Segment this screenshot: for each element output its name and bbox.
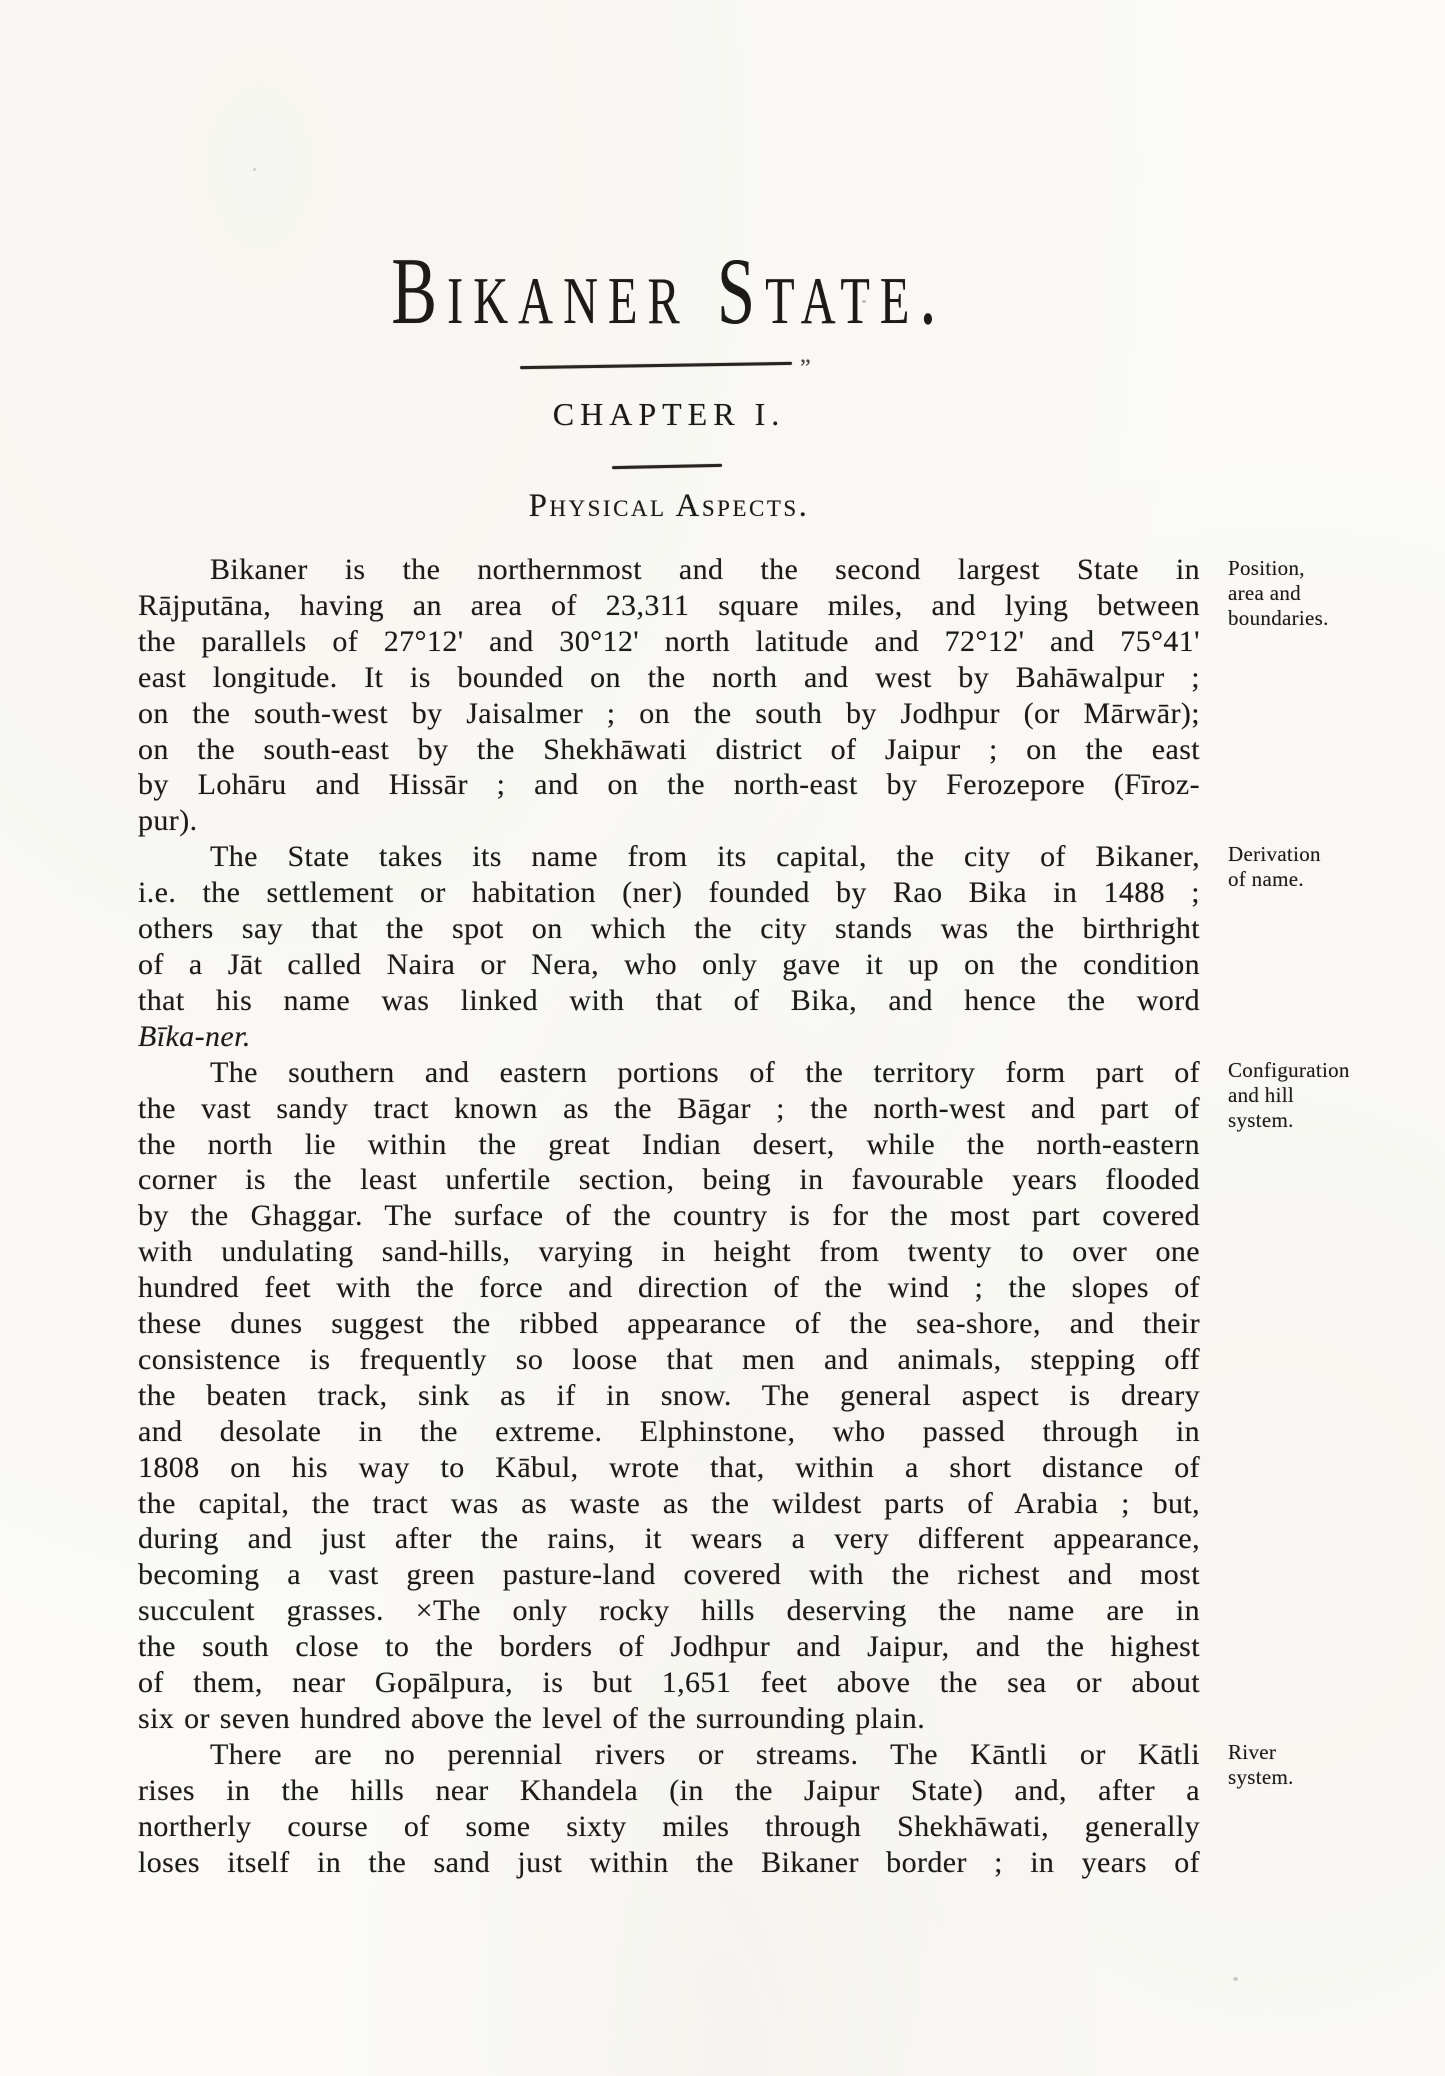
paragraph-river-system: There are no perennial rivers or streams… <box>138 1737 1200 1881</box>
chapter-heading: CHAPTER I. <box>138 396 1200 433</box>
paragraph-configuration-hill-system: The southern and eastern portions of the… <box>138 1055 1200 1737</box>
paper-speck <box>862 300 866 303</box>
chapter-divider-rule <box>612 464 722 469</box>
paper-speck <box>1233 1977 1238 1981</box>
ink-smudge: „ <box>800 342 811 369</box>
margin-note-position-area-boundaries: Position,area andboundaries. <box>1228 556 1388 631</box>
section-heading: Physical Aspects. <box>138 488 1200 525</box>
title-divider-rule <box>520 362 792 369</box>
paper-speck <box>253 168 256 171</box>
margin-note-configuration-hill-system: Configurationand hillsystem. <box>1228 1058 1388 1133</box>
margin-note-derivation-of-name: Derivationof name. <box>1228 842 1388 892</box>
paragraph-position-area-boundaries: Bikaner is the northernmost and the seco… <box>138 552 1200 839</box>
page-title: Bikaner State. <box>287 236 1052 346</box>
scanned-book-page: Bikaner State. „ CHAPTER I. Physical Asp… <box>0 0 1445 2076</box>
margin-note-river-system: Riversystem. <box>1228 1740 1388 1790</box>
body-text-column: Bikaner is the northernmost and the seco… <box>138 552 1200 1881</box>
paragraph-derivation-of-name: The State takes its name from its capita… <box>138 839 1200 1054</box>
